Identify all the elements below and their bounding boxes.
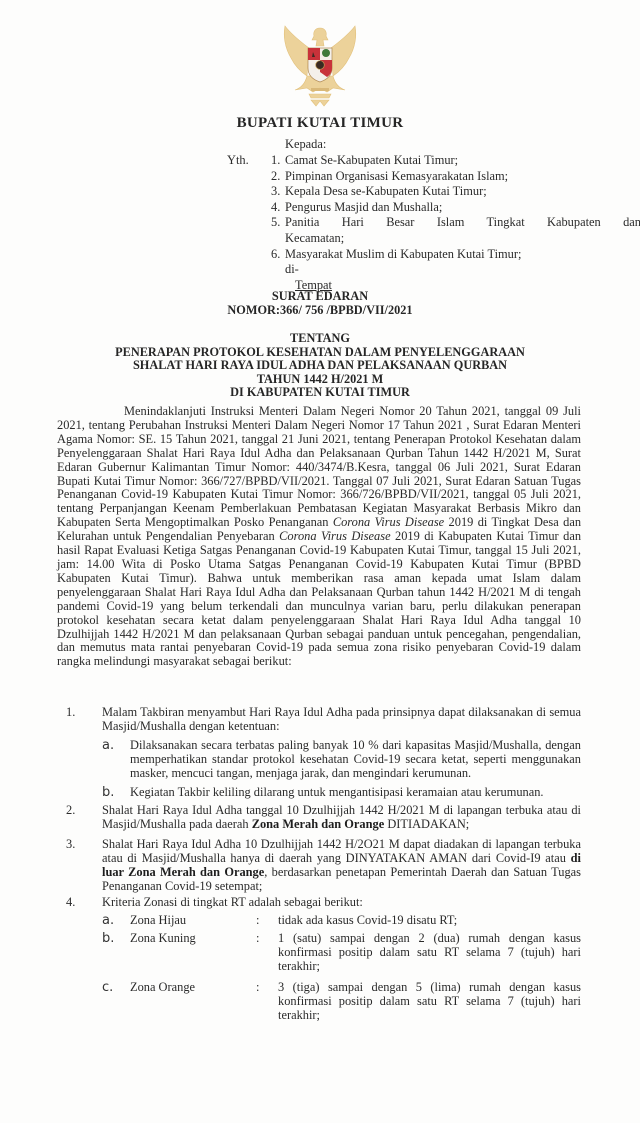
tentang-label: TENTANG: [0, 332, 640, 346]
garuda-emblem-icon: [279, 22, 361, 108]
body-paragraph: Menindaklanjuti Instruksi Menteri Dalam …: [57, 405, 581, 669]
kepada-label: Kepada:: [285, 137, 326, 153]
letter-heading: SURAT EDARAN NOMOR:366/ 756 /BPBD/VII/20…: [0, 290, 640, 317]
recipient-item: 6. Masyarakat Muslim di Kabupaten Kutai …: [271, 247, 640, 263]
recipient-item: 5. Panitia Hari Besar Islam Tingkat Kabu…: [271, 215, 640, 231]
point-2: 2. Shalat Hari Raya Idul Adha tanggal 10…: [57, 804, 581, 832]
point-3: 3. Shalat Hari Raya Idul Adha 10 Dzulhij…: [57, 838, 581, 894]
recipient-item: 1. Camat Se-Kabupaten Kutai Timur;: [271, 153, 640, 169]
di-label: di-: [271, 262, 640, 278]
zone-criteria: a. Zona Hijau : tidak ada kasus Covid-19…: [102, 914, 581, 928]
recipient-item-continued: Kecamatan;: [271, 231, 640, 247]
recipient-item: 4. Pengurus Masjid dan Mushalla;: [271, 200, 640, 216]
yth-label: Yth.: [227, 153, 249, 169]
recipient-list: 1. Camat Se-Kabupaten Kutai Timur; 2. Pi…: [271, 153, 640, 293]
issuer-title: BUPATI KUTAI TIMUR: [0, 115, 640, 132]
subject-heading: TENTANG PENERAPAN PROTOKOL KESEHATAN DAL…: [0, 332, 640, 400]
point-4: 4. Kriteria Zonasi di tingkat RT adalah …: [57, 896, 581, 1023]
zone-criteria: b. Zona Kuning : 1 (satu) sampai dengan …: [102, 932, 581, 974]
document-page: BUPATI KUTAI TIMUR Kepada: Yth. 1. Camat…: [0, 0, 640, 1123]
letter-number: NOMOR:366/ 756 /BPBD/VII/2021: [0, 304, 640, 318]
letter-type: SURAT EDARAN: [0, 290, 640, 304]
recipient-item: 3. Kepala Desa se-Kabupaten Kutai Timur;: [271, 184, 640, 200]
subject-line: PENERAPAN PROTOKOL KESEHATAN DALAM PENYE…: [0, 346, 640, 360]
subject-line: DI KABUPATEN KUTAI TIMUR: [0, 386, 640, 400]
sub-item: b. Kegiatan Takbir keliling dilarang unt…: [102, 786, 581, 800]
subject-line: TAHUN 1442 H/2021 M: [0, 373, 640, 387]
recipient-item: 2. Pimpinan Organisasi Kemasyarakatan Is…: [271, 169, 640, 185]
point-1: 1. Malam Takbiran menyambut Hari Raya Id…: [57, 706, 581, 799]
zone-criteria: c. Zona Orange : 3 (tiga) sampai dengan …: [102, 981, 581, 1023]
subject-line: SHALAT HARI RAYA IDUL ADHA DAN PELAKSANA…: [0, 359, 640, 373]
sub-item: a. Dilaksanakan secara terbatas paling b…: [102, 739, 581, 781]
points-list: 1. Malam Takbiran menyambut Hari Raya Id…: [57, 706, 581, 1023]
